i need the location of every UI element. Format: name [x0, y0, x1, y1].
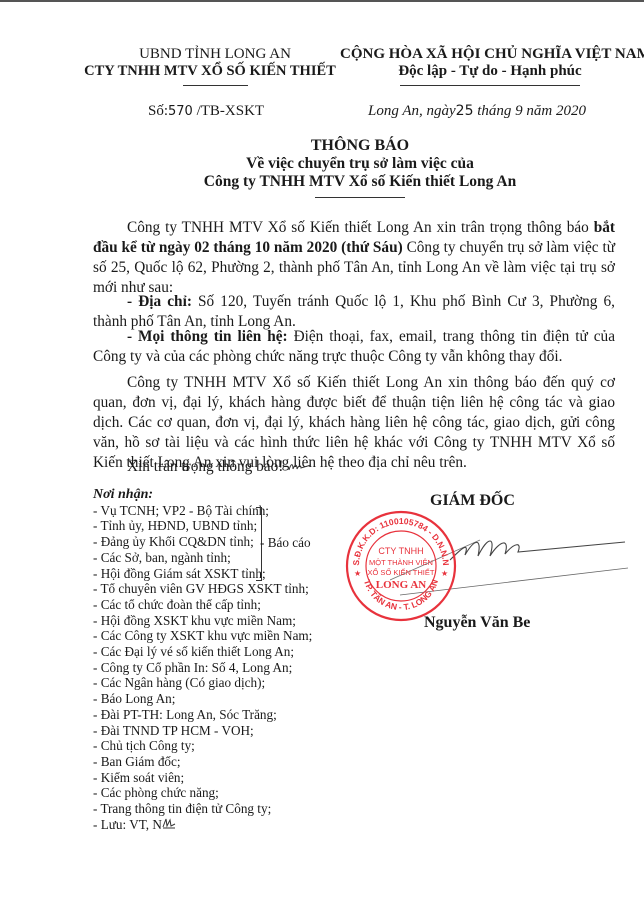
national-title: CỘNG HÒA XÃ HỘI CHỦ NGHĨA VIỆT NAM: [340, 46, 640, 63]
recipient-item: - Tỉnh ủy, HĐND, UBND tỉnh;: [93, 518, 312, 534]
recipient-item: - Các Công ty XSKT khu vực miền Nam;: [93, 628, 312, 644]
recipient-item: - Đài TNND TP HCM - VOH;: [93, 723, 312, 739]
svg-text:★: ★: [354, 569, 361, 578]
bracket-label-text: Báo cáo: [268, 535, 311, 550]
date-line: Long An, ngày25 tháng 9 năm 2020: [368, 103, 586, 120]
title-sub1: Về việc chuyển trụ sở làm việc của: [90, 155, 630, 173]
svg-text:LONG AN: LONG AN: [376, 579, 426, 591]
svg-text:MỘT THÀNH VIÊN: MỘT THÀNH VIÊN: [369, 558, 433, 567]
document-title: THÔNG BÁO Về việc chuyển trụ sở làm việc…: [90, 137, 630, 198]
paragraph-address: - Địa chỉ: Số 120, Tuyến tránh Quốc lộ 1…: [93, 292, 615, 332]
svg-text:★: ★: [441, 569, 448, 578]
recipient-item: - Công ty Cổ phần In: Số 4, Long An;: [93, 660, 312, 676]
doc-number-suffix: /TB-XSKT: [197, 103, 265, 119]
paragraph-intro: Công ty TNHH MTV Xổ số Kiến thiết Long A…: [93, 218, 615, 298]
doc-number-value: 570: [168, 104, 193, 119]
national-header: CỘNG HÒA XÃ HỘI CHỦ NGHĨA VIỆT NAM Độc l…: [340, 46, 640, 86]
intro-text: Công ty TNHH MTV Xổ số Kiến thiết Long A…: [127, 219, 594, 236]
issuer-header: UBND TỈNH LONG AN CTY TNHH MTV XỔ SỐ KIẾ…: [90, 46, 340, 86]
company-seal-stamp: S.Đ.K.K.D: 1100105784 - D.N.N.N TP. TÂN …: [345, 510, 457, 622]
svg-text:CTY TNHH: CTY TNHH: [378, 546, 423, 556]
signer-title: GIÁM ĐỐC: [430, 492, 515, 510]
recipient-item: - Kiểm soát viên;: [93, 770, 312, 786]
date-place: Long An, ngày: [368, 103, 456, 119]
signer-name: Nguyễn Văn Be: [424, 614, 530, 632]
recipient-item: - Đài PT-TH: Long An, Sóc Trăng;: [93, 707, 312, 723]
title-sub2: Công ty TNHH MTV Xổ số Kiến thiết Long A…: [90, 173, 630, 191]
address-label: - Địa chỉ:: [127, 293, 192, 310]
issuer-company: CTY TNHH MTV XỔ SỐ KIẾN THIẾT: [80, 63, 340, 80]
issuer-authority: UBND TỈNH LONG AN: [90, 46, 340, 63]
top-border: [0, 0, 644, 2]
closing-text: Xin trân trọng thông báo!: [127, 458, 283, 475]
date-rest: tháng 9 năm 2020: [477, 103, 586, 119]
recipient-item: - Tổ chuyên viên GV HĐGS XSKT tỉnh;: [93, 581, 312, 597]
recipient-item: - Hội đồng Giám sát XSKT tỉnh;: [93, 566, 312, 582]
recipient-item: - Lưu: VT, N: [93, 817, 312, 833]
recipient-item: - Vụ TCNH; VP2 - Bộ Tài chính;: [93, 503, 312, 519]
motto-divider: [400, 85, 580, 86]
initials-scribble-icon: [287, 461, 313, 473]
date-day: 25: [456, 103, 474, 119]
national-motto: Độc lập - Tự do - Hạnh phúc: [340, 63, 640, 80]
recipient-item: - Các tổ chức đoàn thể cấp tỉnh;: [93, 597, 312, 613]
title-main: THÔNG BÁO: [90, 137, 630, 155]
recipient-item: - Các Ngân hàng (Có giao dịch);: [93, 675, 312, 691]
recipient-item: - Hội đồng XSKT khu vực miền Nam;: [93, 613, 312, 629]
contact-label: - Mọi thông tin liên hệ:: [127, 328, 288, 345]
report-bracket-label: - Báo cáo: [260, 535, 311, 551]
paragraph-closing: Xin trân trọng thông báo!: [93, 457, 615, 477]
header-divider: [183, 85, 248, 86]
document-number: Số:570 /TB-XSKT: [148, 103, 264, 120]
doc-number-prefix: Số:: [148, 103, 168, 119]
recipient-item: - Chủ tịch Công ty;: [93, 738, 312, 754]
title-divider: [315, 197, 405, 198]
paragraph-contact: - Mọi thông tin liên hệ: Điện thoại, fax…: [93, 327, 615, 367]
recipient-item: - Trang thông tin điện tử Công ty;: [93, 801, 312, 817]
initials-scribble-icon: [162, 817, 176, 829]
svg-text:XỔ SỐ KIẾN THIẾT: XỔ SỐ KIẾN THIẾT: [368, 567, 435, 577]
recipient-item: - Các Sở, ban, ngành tỉnh;: [93, 550, 312, 566]
recipient-item: - Các Đại lý vé số kiến thiết Long An;: [93, 644, 312, 660]
recipient-item: - Các phòng chức năng;: [93, 785, 312, 801]
recipient-item: - Báo Long An;: [93, 691, 312, 707]
recipient-item: - Ban Giám đốc;: [93, 754, 312, 770]
recipients-heading: Nơi nhận:: [93, 487, 312, 503]
